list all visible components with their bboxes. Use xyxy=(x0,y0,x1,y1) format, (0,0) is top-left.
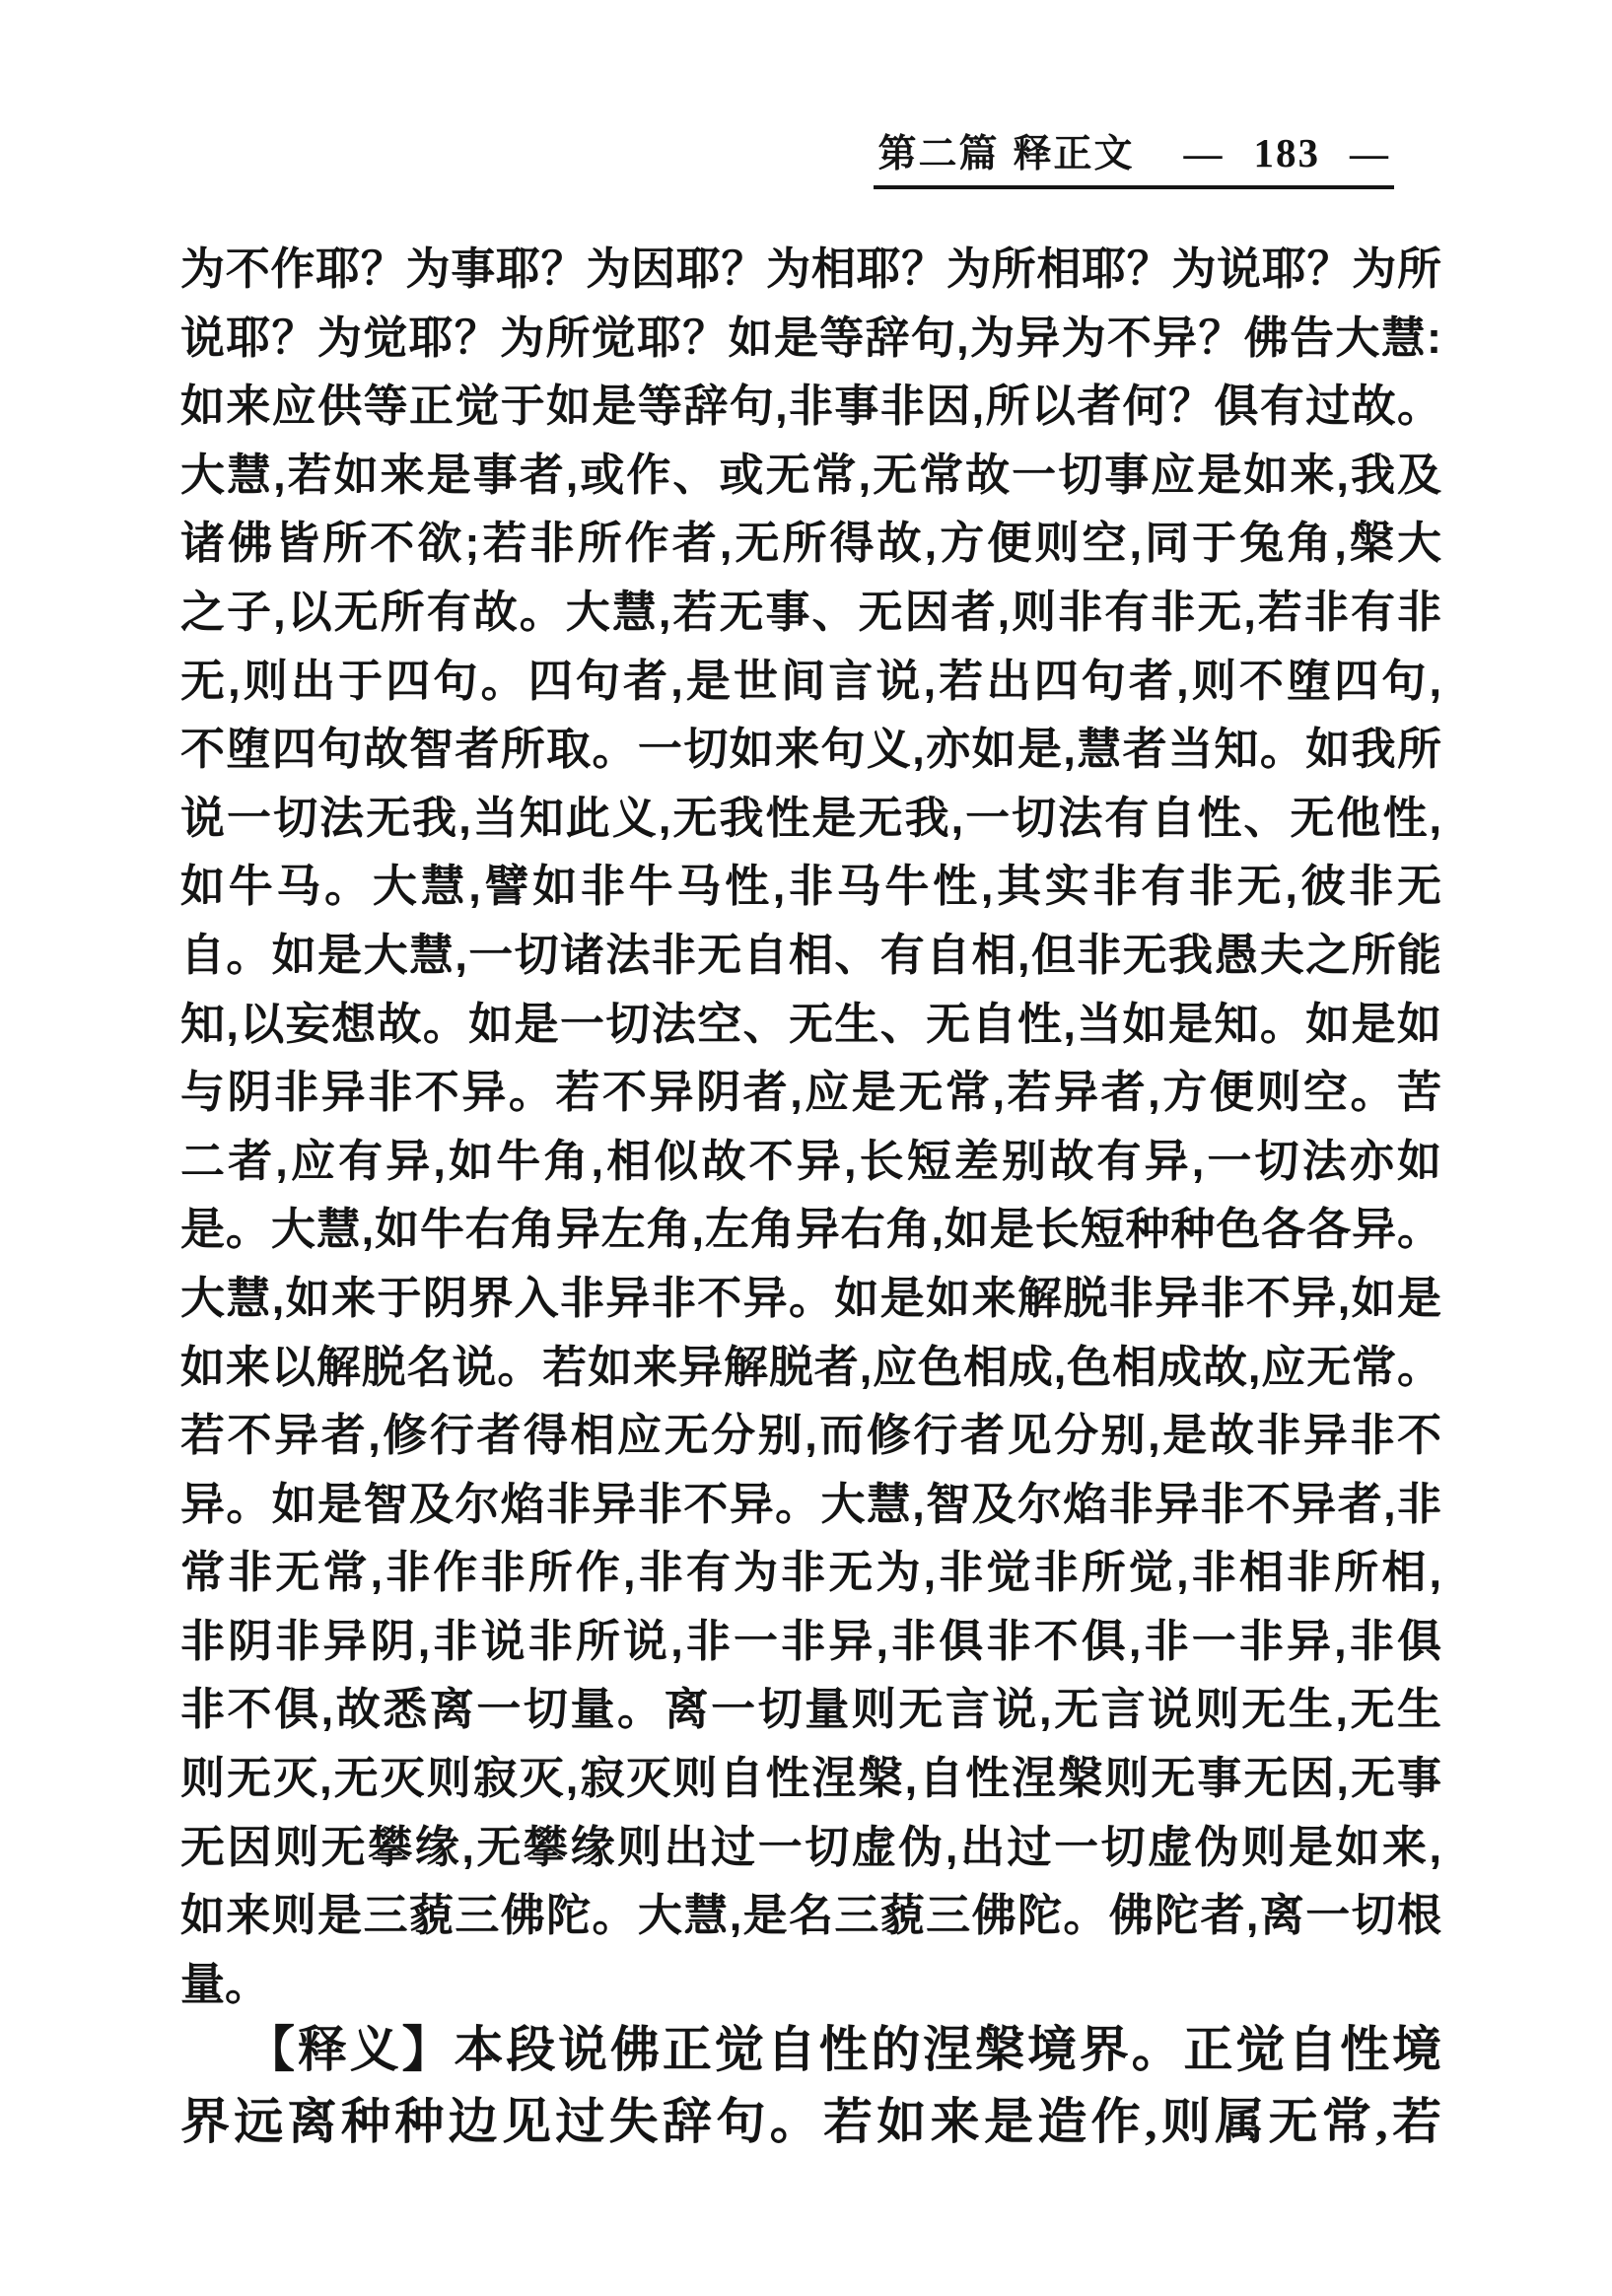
sutra-text-line: 如来则是三藐三佛陀。大慧,是名三藐三佛陀。佛陀者,离一切根 xyxy=(180,1881,1441,1950)
sutra-text-line: 则无灭,无灭则寂灭,寂灭则自性涅槃,自性涅槃则无事无因,无事 xyxy=(180,1744,1441,1813)
header-section-title: 释正文 xyxy=(1013,133,1134,175)
sutra-text-line: 知,以妄想故。如是一切法空、无生、无自性,当如是知。如是如来 xyxy=(180,990,1441,1059)
sutra-text-line: 无,则出于四句。四句者,是世间言说,若出四句者,则不堕四句, xyxy=(180,647,1441,716)
sutra-text-line: 说耶？为觉耶？为所觉耶？如是等辞句,为异为不异？佛告大慧: xyxy=(180,304,1441,373)
header-dash-left: — xyxy=(1184,133,1225,175)
commentary-text-line: 界远离种种边见过失辞句。若如来是造作,则属无常,若 xyxy=(180,2086,1441,2158)
sutra-text-line: 无因则无攀缘,无攀缘则出过一切虚伪,出过一切虚伪则是如来, xyxy=(180,1813,1441,1882)
sutra-text-line: 非阴非异阴,非说非所说,非一非异,非俱非不俱,非一非异,非俱 xyxy=(180,1607,1441,1676)
sutra-text-line: 诸佛皆所不欲;若非所作者,无所得故,方便则空,同于兔角,槃大 xyxy=(180,509,1441,578)
sutra-text-line: 之子,以无所有故。大慧,若无事、无因者,则非有非无,若非有非 xyxy=(180,578,1441,647)
sutra-text-line: 是。大慧,如牛右角异左角,左角异右角,如是长短种种色各各异。 xyxy=(180,1195,1441,1264)
sutra-text-line: 若不异者,修行者得相应无分别,而修行者见分别,是故非异非不 xyxy=(180,1401,1441,1470)
sutra-text-line: 如来以解脱名说。若如来异解脱者,应色相成,色相成故,应无常。 xyxy=(180,1333,1441,1402)
commentary-paragraph: 【释义】本段说佛正觉自性的涅槃境界。正觉自性境界远离种种边见过失辞句。若如来是造… xyxy=(180,2014,1441,2158)
sutra-text-line: 二者,应有异,如牛角,相似故不异,长短差别故有异,一切法亦如 xyxy=(180,1127,1441,1196)
sutra-text-line: 非不俱,故悉离一切量。离一切量则无言说,无言说则无生,无生 xyxy=(180,1675,1441,1744)
sutra-text-line: 量。 xyxy=(180,1950,1441,2019)
sutra-text-line: 如牛马。大慧,譬如非牛马性,非马牛性,其实非有非无,彼非无 xyxy=(180,852,1441,921)
header-page-number: 183 xyxy=(1254,130,1321,175)
sutra-text-line: 大慧,若如来是事者,或作、或无常,无常故一切事应是如来,我及 xyxy=(180,441,1441,510)
sutra-text-line: 如来应供等正觉于如是等辞句,非事非因,所以者何？俱有过故。 xyxy=(180,372,1441,441)
sutra-text-line: 常非无常,非作非所作,非有为非无为,非觉非所觉,非相非所相, xyxy=(180,1538,1441,1607)
book-page: 第二篇释正文—183— 为不作耶？为事耶？为因耶？为相耶？为所相耶？为说耶？为所… xyxy=(0,0,1612,2296)
header-dash-right: — xyxy=(1350,133,1390,175)
commentary-text-line: 【释义】本段说佛正觉自性的涅槃境界。正觉自性境 xyxy=(180,2014,1441,2086)
sutra-text-line: 与阴非异非不异。若不异阴者,应是无常,若异者,方便则空。苦 xyxy=(180,1058,1441,1127)
sutra-text-line: 自。如是大慧,一切诸法非无自相、有自相,但非无我愚夫之所能 xyxy=(180,921,1441,990)
sutra-text-line: 为不作耶？为事耶？为因耶？为相耶？为所相耶？为说耶？为所 xyxy=(180,235,1441,304)
running-header: 第二篇释正文—183— xyxy=(874,132,1394,189)
sutra-text-block: 为不作耶？为事耶？为因耶？为相耶？为所相耶？为说耶？为所说耶？为觉耶？为所觉耶？… xyxy=(180,235,1441,2018)
header-chapter: 第二篇 xyxy=(877,133,999,175)
sutra-text-line: 说一切法无我,当知此义,无我性是无我,一切法有自性、无他性, xyxy=(180,784,1441,853)
sutra-text-line: 大慧,如来于阴界入非异非不异。如是如来解脱非异非不异,如是 xyxy=(180,1264,1441,1333)
sutra-text-line: 异。如是智及尔焰非异非不异。大慧,智及尔焰非异非不异者,非 xyxy=(180,1470,1441,1539)
sutra-text-line: 不堕四句故智者所取。一切如来句义,亦如是,慧者当知。如我所 xyxy=(180,715,1441,784)
